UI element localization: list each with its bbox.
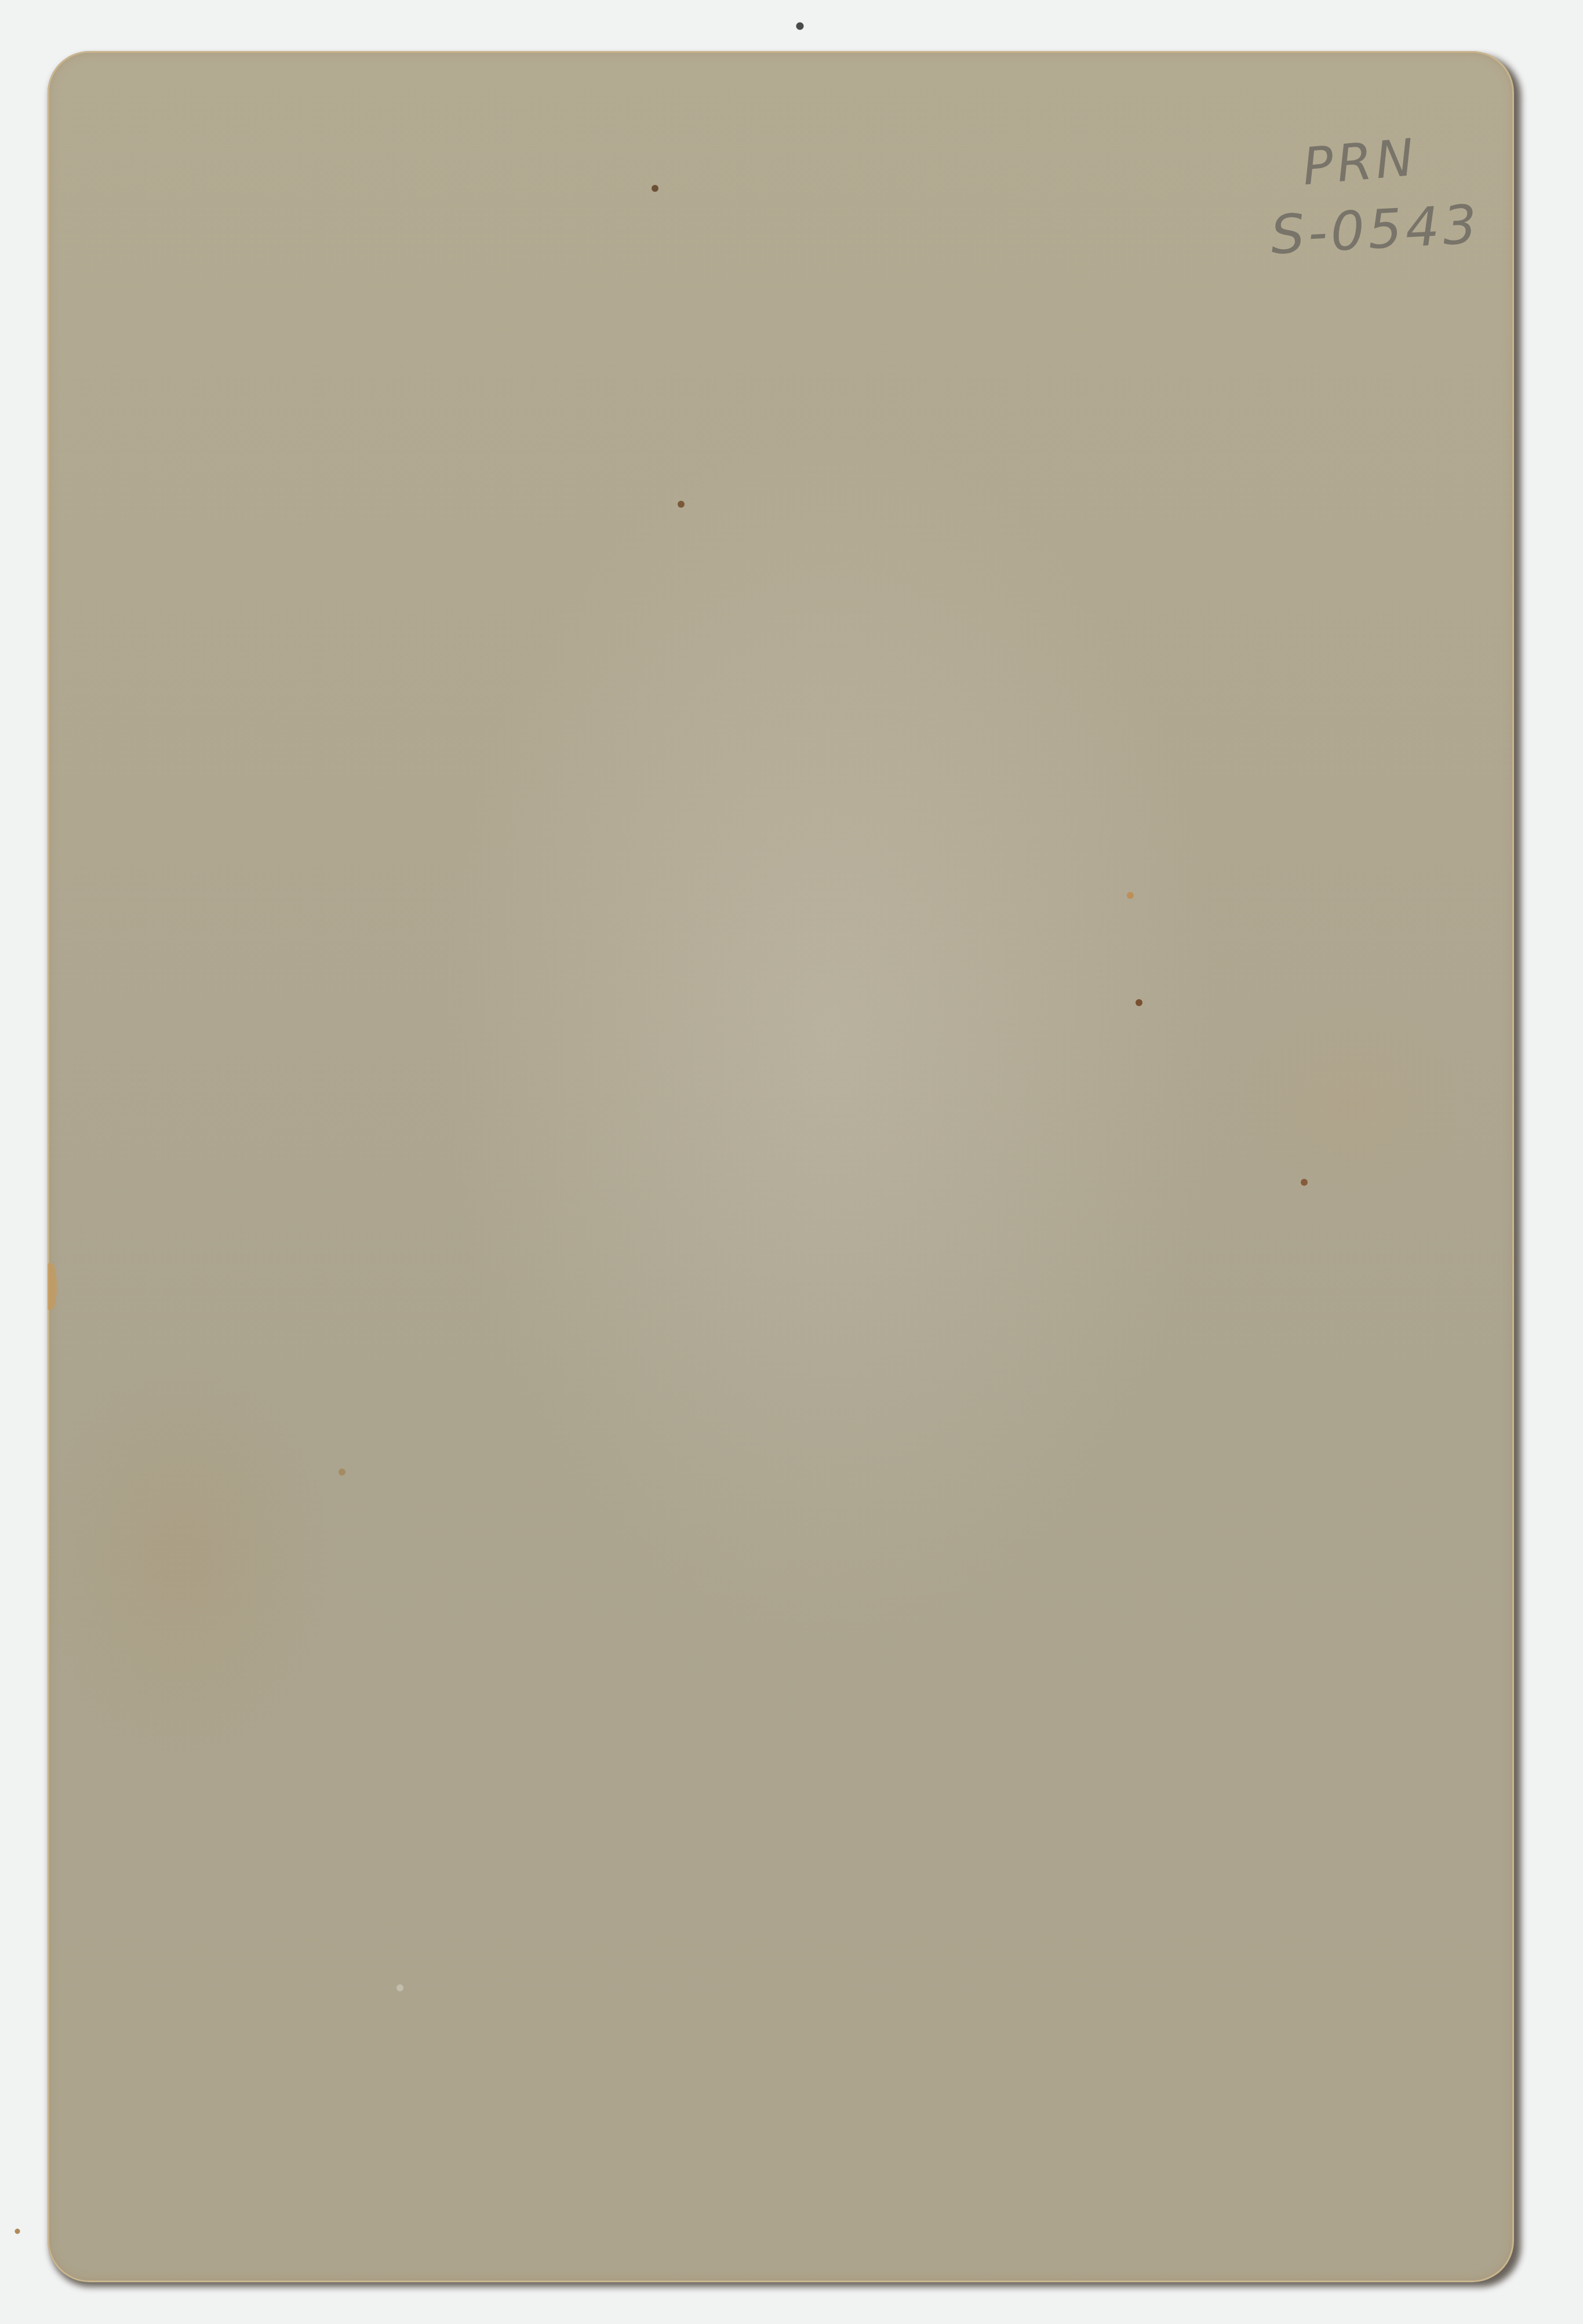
foxing-speck bbox=[1301, 1179, 1308, 1186]
photo-card-back: PRN S-0543 bbox=[48, 51, 1514, 2282]
edge-nick bbox=[48, 1263, 57, 1310]
foxing-speck bbox=[652, 185, 658, 192]
foxing-speck bbox=[678, 501, 685, 508]
foxing-speck bbox=[339, 1469, 345, 1476]
foxing-speck bbox=[396, 1984, 403, 1991]
foxing-speck bbox=[1127, 892, 1134, 899]
handwritten-note-prn: PRN bbox=[1300, 128, 1420, 197]
foxing-speck bbox=[1136, 999, 1142, 1006]
handwritten-note-catalog-number: S-0543 bbox=[1269, 194, 1482, 267]
